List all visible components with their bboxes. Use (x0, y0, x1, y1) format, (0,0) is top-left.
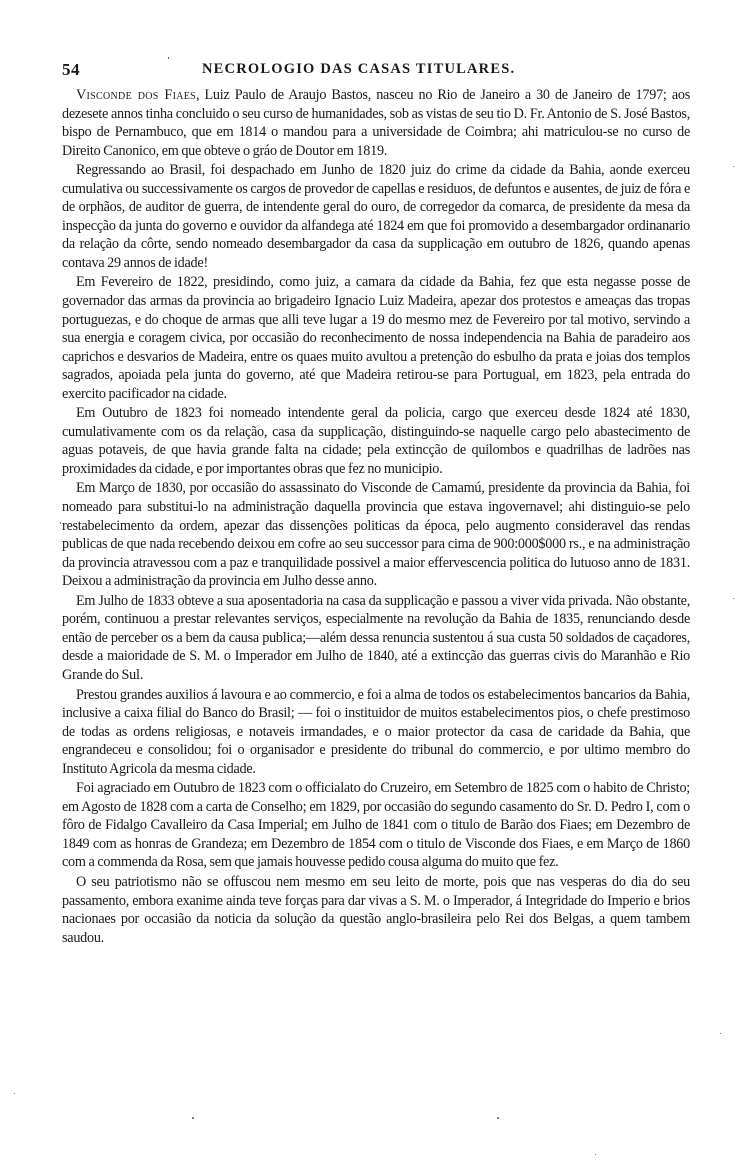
scan-speck (595, 1154, 596, 1155)
running-title: NECROLOGIO DAS CASAS TITULARES. (202, 61, 515, 78)
scan-speck (60, 522, 61, 524)
paragraph-7: Prestou grandes auxilios á lavoura e ao … (62, 686, 690, 779)
running-head: 54 NECROLOGIO DAS CASAS TITULARES. (62, 60, 690, 82)
paragraph-2: Regressando ao Brasil, foi despachado em… (62, 161, 690, 272)
subject-name: Visconde dos Fiaes (76, 87, 196, 103)
paragraph-1: Visconde dos Fiaes, Luiz Paulo de Araujo… (62, 86, 690, 160)
paragraph-4: Em Outubro de 1823 foi nomeado intendent… (62, 404, 690, 478)
scan-speck (168, 57, 169, 59)
scan-speck (14, 1093, 15, 1094)
scan-speck (733, 166, 734, 167)
scan-speck (720, 1033, 721, 1034)
paragraph-5: Em Março de 1830, por occasião do assass… (62, 479, 690, 590)
scan-speck (497, 1117, 499, 1119)
document-page: 54 NECROLOGIO DAS CASAS TITULARES. Visco… (62, 60, 690, 947)
paragraph-8: Foi agraciado em Outubro de 1823 com o o… (62, 779, 690, 872)
paragraph-6: Em Julho de 1833 obteve a sua aposentado… (62, 592, 690, 685)
scan-speck (733, 598, 734, 599)
article-body: Visconde dos Fiaes, Luiz Paulo de Araujo… (62, 86, 690, 947)
page-number: 54 (62, 60, 80, 80)
scan-speck (192, 1117, 194, 1119)
paragraph-3: Em Fevereiro de 1822, presidindo, como j… (62, 273, 690, 403)
paragraph-9: O seu patriotismo não se offuscou nem me… (62, 873, 690, 947)
